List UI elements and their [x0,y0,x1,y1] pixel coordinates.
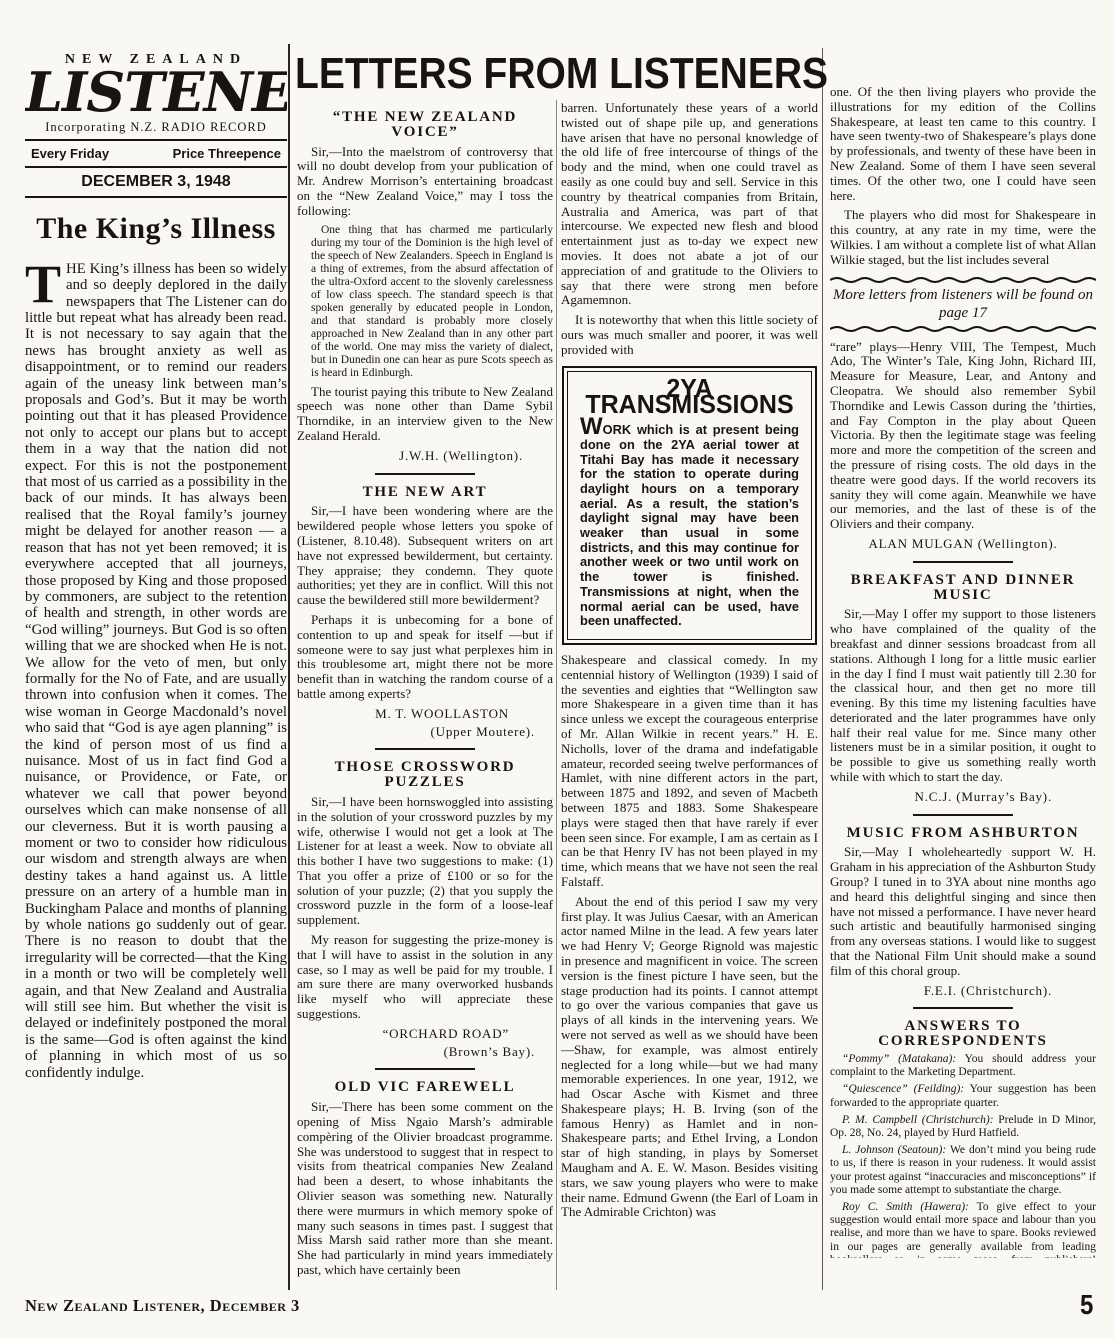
footer-page-number: 5 [1080,1290,1093,1322]
answer-correspondent: “Pommy” (Matakana): [842,1053,956,1065]
answer-correspondent: P. M. Campbell (Christchurch): [842,1114,994,1126]
letter-signature: M. T. WOOLLASTON [297,707,553,722]
transmissions-notice-box: 2YA TRANSMISSIONS WORK which is at prese… [562,366,817,645]
letter-paragraph: barren. Unfortunately these years of a w… [561,101,818,308]
letter-paragraph: one. Of the then living players who prov… [830,85,1096,203]
letter-paragraph: Sir,—There has been some comment on the … [297,1100,553,1278]
letter-title-breakfast: BREAKFAST AND DINNER MUSIC [830,573,1096,603]
wavy-rule-bottom [830,325,1096,332]
column-rule-3 [822,48,823,1290]
masthead-date: DECEMBER 3, 1948 [25,172,287,192]
masthead-rule [25,196,287,198]
answer-correspondent: “Quiescence” (Feilding): [842,1083,964,1095]
letter-paragraph: Sir,—Into the maelstrom of controversy t… [297,145,553,219]
letter-title-new-art: THE NEW ART [297,485,553,500]
answer-entry: “Quiescence” (Feilding): Your suggestion… [830,1083,1096,1109]
letter-title-old-vic: OLD VIC FAREWELL [297,1080,553,1095]
letter-divider [913,1007,1013,1009]
masthead-price: Price Threepence [173,146,281,161]
editorial-body: THE King’s illness has been so widely an… [25,261,287,1081]
more-letters-text: More letters from listeners will be foun… [830,283,1096,325]
letter-title-ashburton: MUSIC FROM ASHBURTON [830,826,1096,841]
letters-column-3: one. Of the then living players who prov… [830,80,1096,1258]
transmissions-notice-inner: 2YA TRANSMISSIONS WORK which is at prese… [567,371,812,640]
letter-title-nz-voice: “THE NEW ZEALAND VOICE” [297,110,553,140]
letter-paragraph: The tourist paying this tribute to New Z… [297,385,553,444]
letter-paragraph: Shakespeare and classical comedy. In my … [561,653,818,890]
letter-divider [375,473,475,475]
letter-paragraph: Sir,—I have been hornswoggled into assis… [297,795,553,928]
masthead-subtitle: Incorporating N.Z. RADIO RECORD [25,120,287,135]
masthead-rule [25,166,287,168]
letters-section-title: LETTERS FROM LISTENERS [295,50,828,99]
letter-paragraph: The players who did most for Shakespeare… [830,208,1096,267]
letter-divider [375,1068,475,1070]
letter-quote-block: One thing that has charmed me particular… [297,224,553,380]
masthead-rule [25,139,287,141]
answer-entry: P. M. Campbell (Christchurch): Prelude i… [830,1114,1096,1140]
answer-correspondent: L. Johnson (Seatoun): [842,1144,946,1156]
letter-paragraph: “rare” plays—Henry VIII, The Tempest, Mu… [830,340,1096,532]
letter-divider [375,748,475,750]
letter-signature: “ORCHARD ROAD” [297,1027,553,1042]
answer-entry: Roy C. Smith (Hawera): To give effect to… [830,1201,1096,1258]
editorial-title: The King’s Illness [25,212,287,246]
left-column: NEW ZEALAND LISTENER Incorporating N.Z. … [25,44,287,1290]
masthead-title: LISTENER [25,66,287,118]
editorial-dropcap: T [25,261,66,305]
column-rule-1 [288,44,290,1290]
answer-entry: “Pommy” (Matakana): You should address y… [830,1053,1096,1079]
masthead-frequency: Every Friday [31,146,109,161]
letter-divider [913,814,1013,816]
transmissions-body: WORK which is at present being done on t… [580,417,799,629]
letter-paragraph: Sir,—May I wholeheartedly support W. H. … [830,845,1096,978]
answers-title: ANSWERS TO CORRESPONDENTS [830,1019,1096,1049]
letter-paragraph: Sir,—May I offer my support to those lis… [830,607,1096,785]
footer-publication-date: New Zealand Listener, December 3 [25,1296,300,1316]
letters-column-1: “THE NEW ZEALAND VOICE” Sir,—Into the ma… [297,100,553,1290]
letters-column-2: barren. Unfortunately these years of a w… [561,96,818,1290]
more-letters-banner: More letters from listeners will be foun… [830,276,1096,332]
letter-divider [913,561,1013,563]
letter-signature: ALAN MULGAN (Wellington). [830,537,1096,552]
letter-signature-location: (Upper Moutere). [297,725,553,740]
answer-entry: L. Johnson (Seatoun): We don’t mind you … [830,1144,1096,1197]
letter-signature-location: (Brown’s Bay). [297,1045,553,1060]
wavy-rule-top [830,276,1096,283]
letter-paragraph: My reason for suggesting the prize-money… [297,933,553,1022]
magazine-page: NEW ZEALAND LISTENER Incorporating N.Z. … [0,0,1114,1339]
column-rule-2 [556,100,557,1290]
letter-paragraph: Perhaps it is unbecoming for a bone of c… [297,613,553,702]
letter-paragraph: About the end of this period I saw my ve… [561,895,818,1221]
letter-signature: N.C.J. (Murray’s Bay). [830,790,1096,805]
letter-signature: F.E.I. (Christchurch). [830,984,1096,999]
transmissions-title: 2YA TRANSMISSIONS [580,381,799,412]
letter-signature: J.W.H. (Wellington). [297,449,553,464]
transmissions-text: ORK which is at present being done on th… [580,422,799,628]
letter-title-crosswords: THOSE CROSSWORD PUZZLES [297,760,553,790]
masthead-frequency-price-row: Every Friday Price Threepence [25,145,287,162]
letter-paragraph: It is noteworthy that when this little s… [561,313,818,357]
masthead: NEW ZEALAND LISTENER Incorporating N.Z. … [25,52,287,198]
editorial-text: HE King’s illness has been so widely and… [25,261,287,1081]
letter-paragraph: Sir,—I have been wondering where are the… [297,504,553,608]
answer-correspondent: Roy C. Smith (Hawera): [842,1201,969,1213]
